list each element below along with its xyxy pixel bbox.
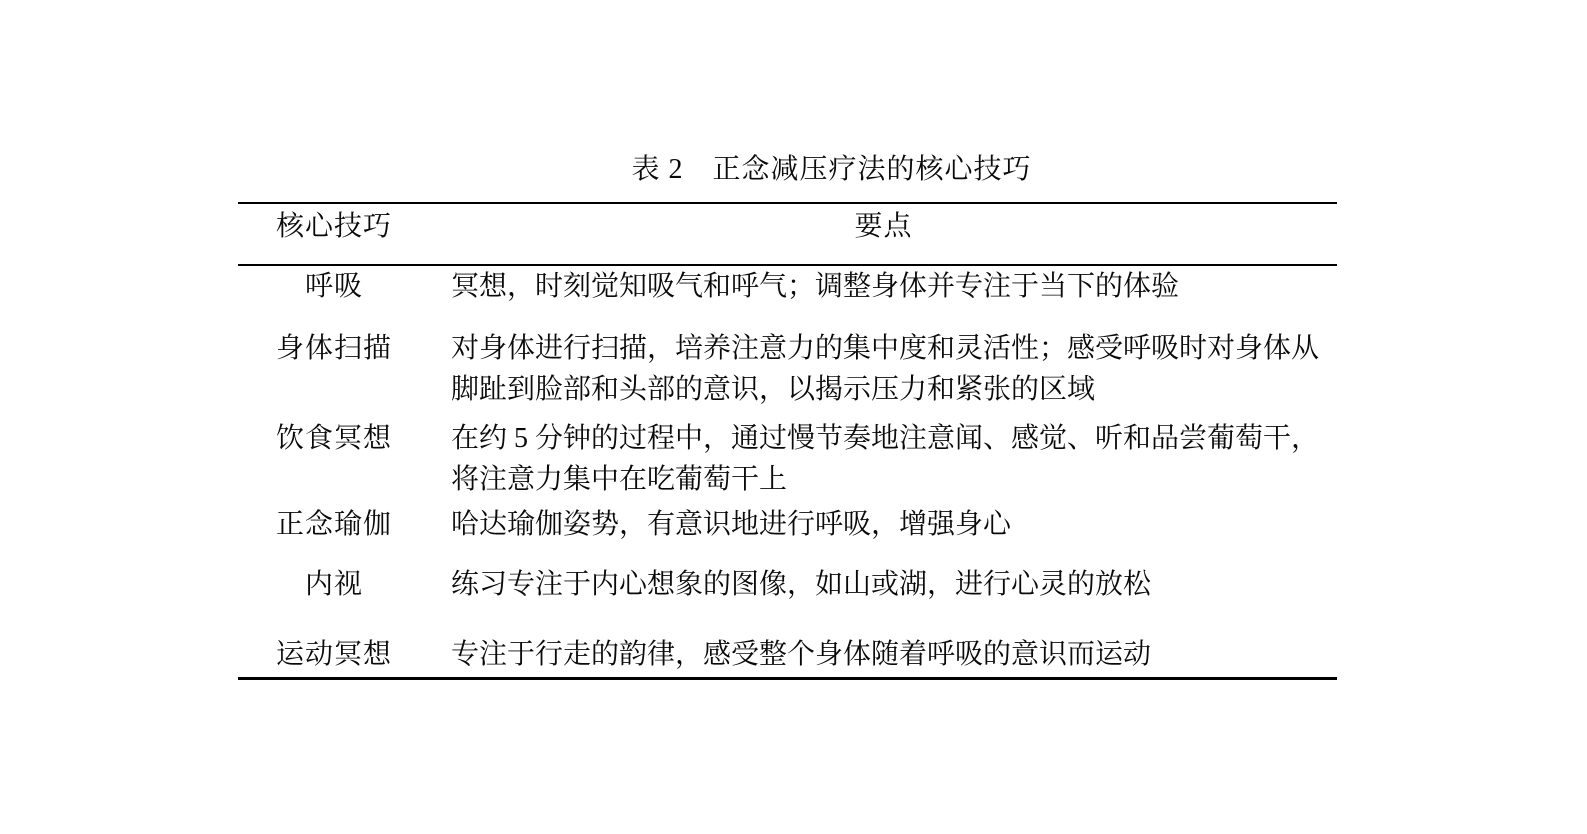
- points-cell: 冥想，时刻觉知吸气和呼气；调整身体并专注于当下的体验: [451, 266, 1337, 307]
- document-table-block: 表 2 正念减压疗法的核心技巧 核心技巧 要点 呼吸 冥想，时刻觉知吸气和呼气；…: [238, 149, 1337, 680]
- table-row: 内视 练习专注于内心想象的图像，如山或湖，进行心灵的放松: [238, 564, 1337, 605]
- column-header-points: 要点: [430, 206, 1337, 264]
- points-cell: 在约 5 分钟的过程中，通过慢节奏地注意闻、感觉、听和品尝葡萄干，将注意力集中在…: [451, 418, 1337, 500]
- table-caption: 表 2 正念减压疗法的核心技巧: [282, 149, 1381, 190]
- skill-cell: 身体扫描: [238, 328, 430, 410]
- table-header-row: 核心技巧 要点: [238, 204, 1337, 264]
- skill-cell: 正念瑜伽: [238, 504, 430, 545]
- points-cell: 哈达瑜伽姿势，有意识地进行呼吸，增强身心: [451, 504, 1337, 545]
- table-row: 运动冥想 专注于行走的韵律，感受整个身体随着呼吸的意识而运动: [238, 634, 1337, 675]
- skill-cell: 饮食冥想: [238, 418, 430, 500]
- table-row: 身体扫描 对身体进行扫描，培养注意力的集中度和灵活性；感受呼吸时对身体从脚趾到脸…: [238, 328, 1337, 410]
- points-cell: 对身体进行扫描，培养注意力的集中度和灵活性；感受呼吸时对身体从脚趾到脸部和头部的…: [451, 328, 1337, 410]
- table-body: 呼吸 冥想，时刻觉知吸气和呼气；调整身体并专注于当下的体验 身体扫描 对身体进行…: [238, 266, 1337, 677]
- table-rule-bottom: [238, 677, 1337, 680]
- table-row: 呼吸 冥想，时刻觉知吸气和呼气；调整身体并专注于当下的体验: [238, 266, 1337, 307]
- points-cell: 练习专注于内心想象的图像，如山或湖，进行心灵的放松: [451, 564, 1337, 605]
- points-cell: 专注于行走的韵律，感受整个身体随着呼吸的意识而运动: [451, 634, 1337, 675]
- skill-cell: 运动冥想: [238, 634, 430, 675]
- table-row: 饮食冥想 在约 5 分钟的过程中，通过慢节奏地注意闻、感觉、听和品尝葡萄干，将注…: [238, 418, 1337, 500]
- skill-cell: 呼吸: [238, 266, 430, 307]
- table-row: 正念瑜伽 哈达瑜伽姿势，有意识地进行呼吸，增强身心: [238, 504, 1337, 545]
- column-header-skill: 核心技巧: [238, 206, 430, 264]
- skill-cell: 内视: [238, 564, 430, 605]
